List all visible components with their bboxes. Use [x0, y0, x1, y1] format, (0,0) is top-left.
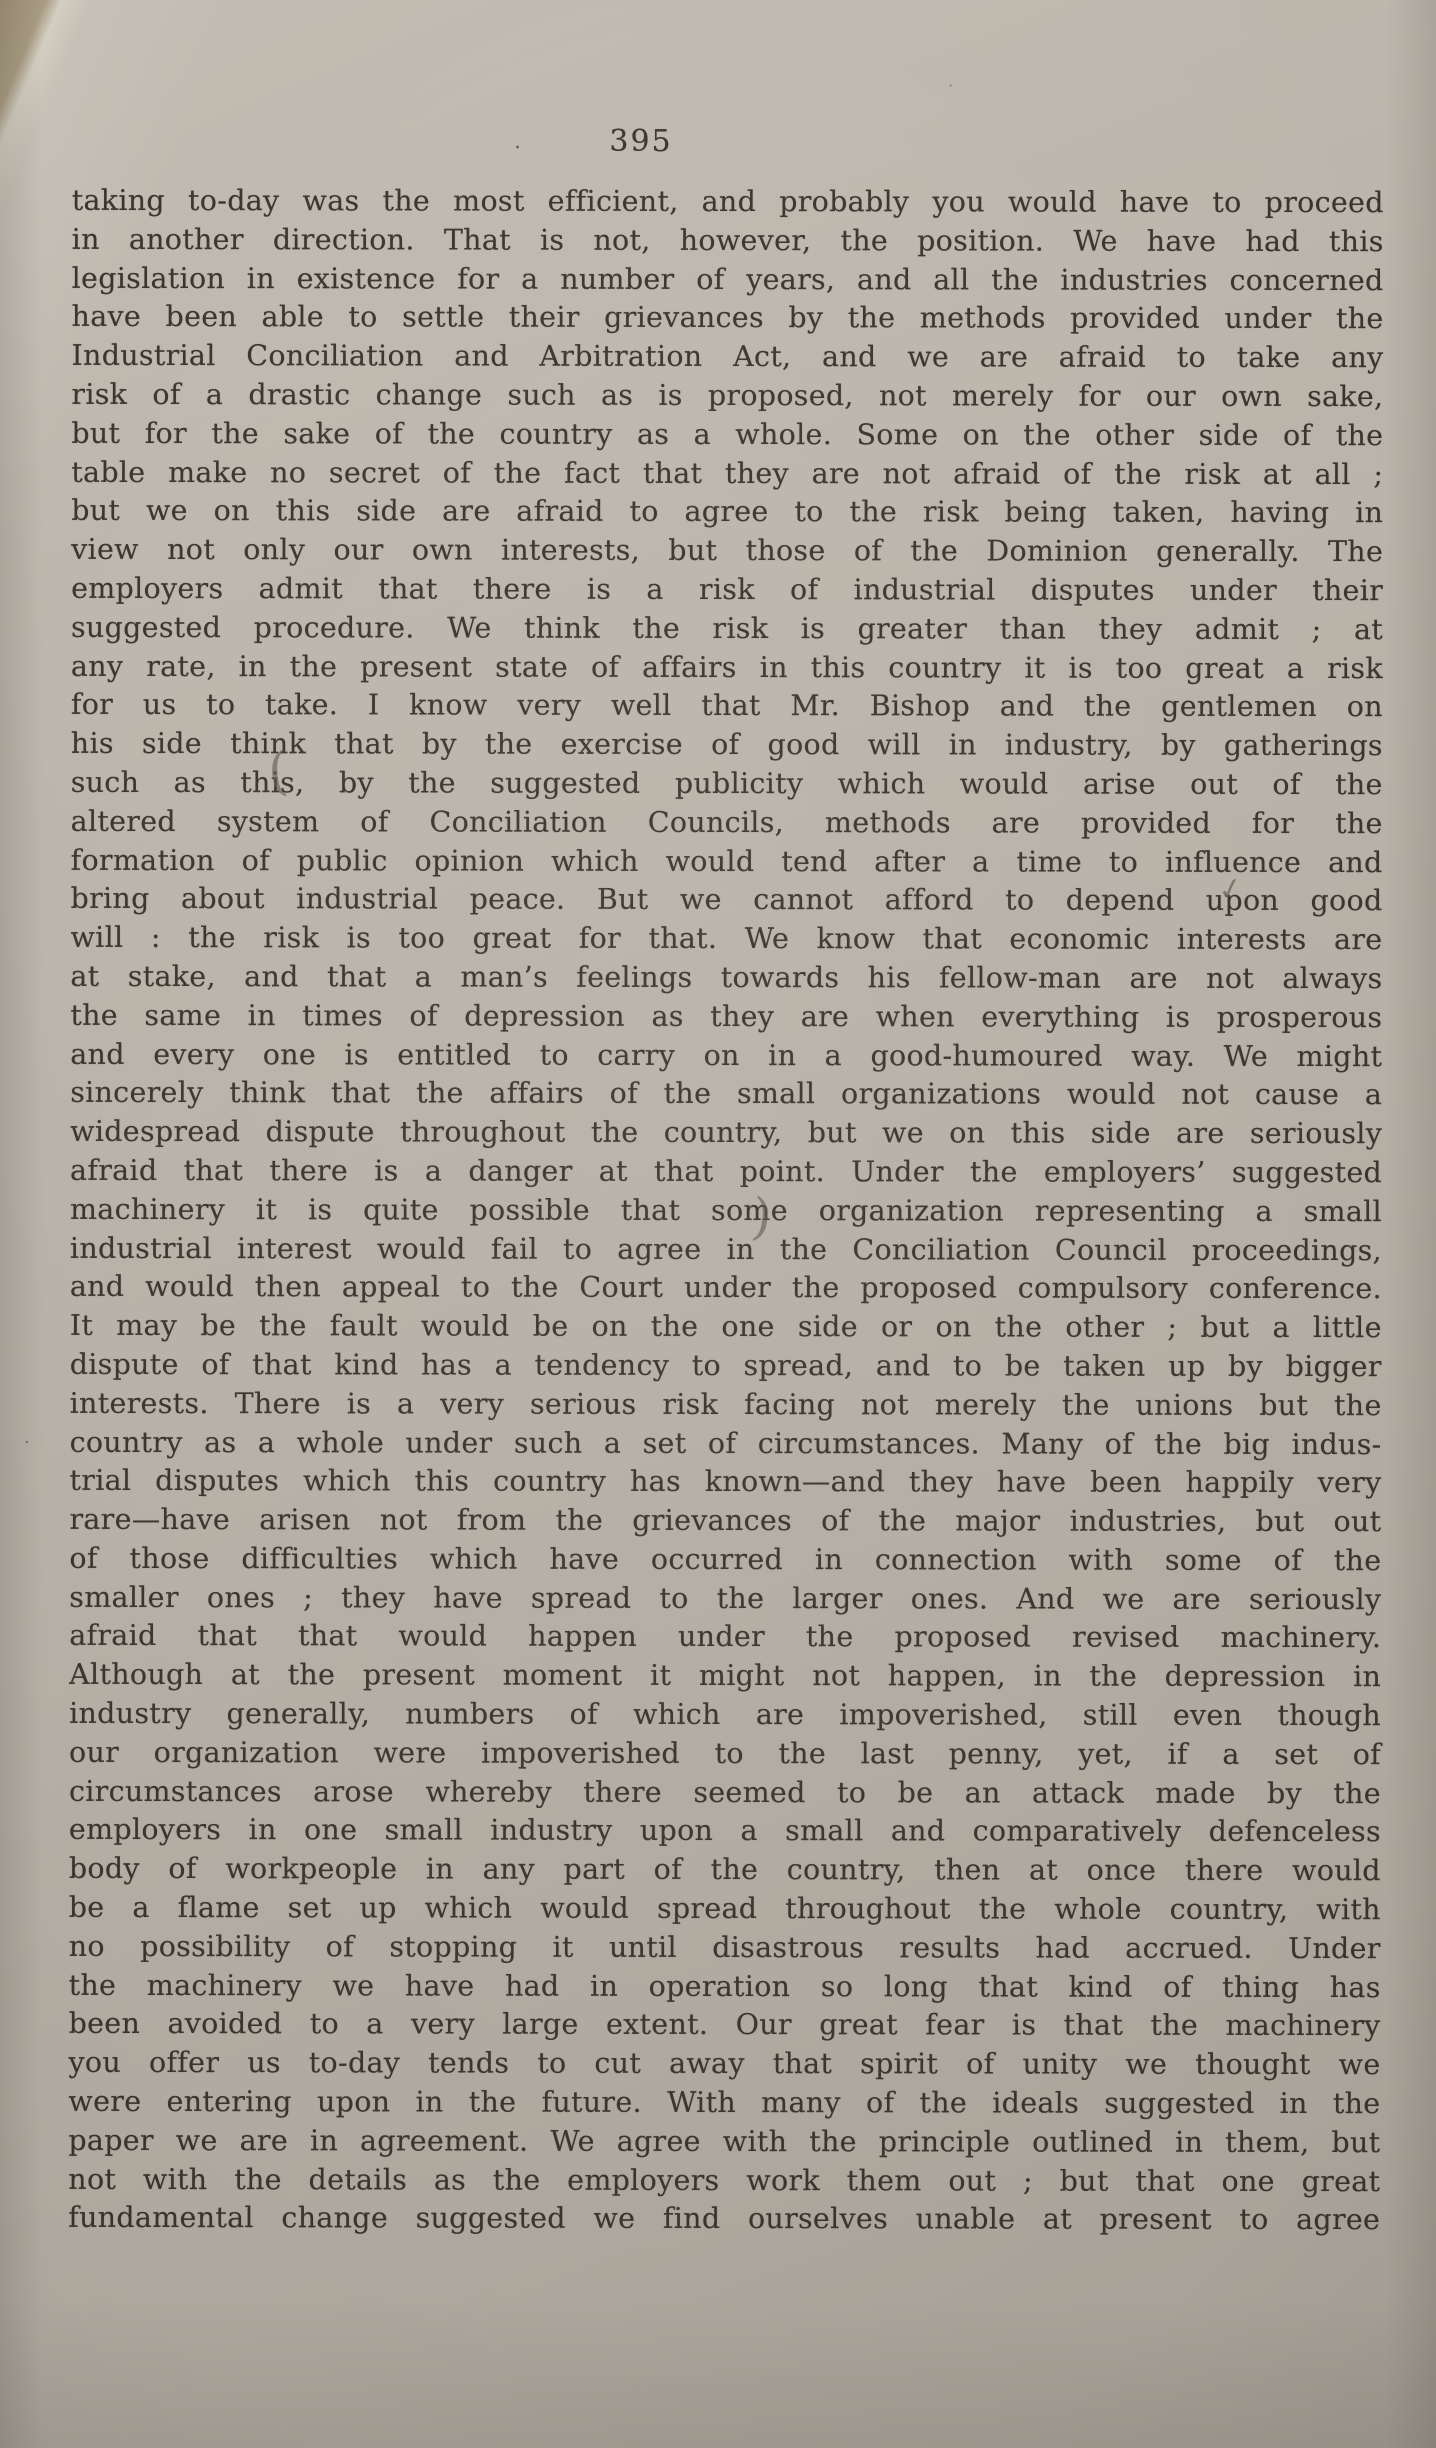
text-line: Industrial Conciliation and Arbitration … — [71, 337, 1383, 378]
text-line: rare—have arisen not from the grievances… — [69, 1501, 1381, 1542]
text-line: you offer us to-day tends to cut away th… — [68, 2044, 1380, 2085]
text-line: suggested procedure. We think the risk i… — [71, 609, 1383, 650]
ink-speck: · — [514, 136, 521, 161]
text-line: our organization were impoverished to th… — [69, 1734, 1381, 1775]
text-line: taking to-day was the most efficient, an… — [72, 182, 1384, 223]
text-line: and would then appeal to the Court under… — [70, 1268, 1382, 1309]
text-line: body of workpeople in any part of the co… — [69, 1850, 1381, 1891]
text-line: table make no secret of the fact that th… — [71, 453, 1383, 494]
text-line: machinery it is quite possible that some… — [70, 1191, 1382, 1232]
text-line: trial disputes which this country has kn… — [69, 1462, 1381, 1503]
text-line: risk of a drastic change such as is prop… — [71, 376, 1383, 417]
text-line: the same in times of depression as they … — [70, 997, 1382, 1038]
text-line: country as a whole under such a set of c… — [70, 1423, 1382, 1464]
pencil-speck: · — [944, 76, 956, 95]
text-line: formation of public opinion which would … — [71, 841, 1383, 882]
text-line: not with the details as the employers wo… — [68, 2160, 1380, 2201]
text-line: employers in one small industry upon a s… — [69, 1811, 1381, 1852]
text-block: taking to-day was the most efficient, an… — [68, 182, 1384, 2241]
text-line: in another direction. That is not, howev… — [72, 221, 1384, 262]
text-line: the machinery we have had in operation s… — [69, 1967, 1381, 2008]
text-line: view not only our own interests, but tho… — [71, 531, 1383, 572]
text-line: paper we are in agreement. We agree with… — [68, 2122, 1380, 2163]
text-line: of those difficulties which have occurre… — [69, 1540, 1381, 1581]
page-number: 395 — [556, 124, 726, 159]
text-line: been avoided to a very large extent. Our… — [69, 2005, 1381, 2046]
text-line: fundamental change suggested we find our… — [68, 2199, 1380, 2240]
text-line: at stake, and that a man’s feelings towa… — [70, 958, 1382, 999]
text-line: be a flame set up which would spread thr… — [69, 1889, 1381, 1930]
text-line: will : the risk is too great for that. W… — [70, 919, 1382, 960]
text-line: sincerely think that the affairs of the … — [70, 1074, 1382, 1115]
scanned-page: · 395 · taking to-day was the most effic… — [0, 0, 1436, 2448]
text-line: circumstances arose whereby there seemed… — [69, 1773, 1381, 1814]
text-line: such as this, by the suggested publicity… — [71, 764, 1383, 805]
text-line: industrial interest would fail to agree … — [70, 1229, 1382, 1270]
text-line: bring about industrial peace. But we can… — [71, 880, 1383, 921]
text-line: and every one is entitled to carry on in… — [70, 1035, 1382, 1076]
text-line: widespread dispute throughout the countr… — [70, 1113, 1382, 1154]
text-line: afraid that that would happen under the … — [69, 1617, 1381, 1658]
text-line: his side think that by the exercise of g… — [71, 725, 1383, 766]
text-line: but we on this side are afraid to agree … — [71, 492, 1383, 533]
text-line: industry generally, numbers of which are… — [69, 1695, 1381, 1736]
text-line: no possibility of stopping it until disa… — [69, 1928, 1381, 1969]
text-line: any rate, in the present state of affair… — [71, 647, 1383, 688]
pencil-left-margin-mark: · — [24, 1432, 30, 1453]
text-line: dispute of that kind has a tendency to s… — [70, 1346, 1382, 1387]
text-line: employers admit that there is a risk of … — [71, 570, 1383, 611]
text-line: legislation in existence for a number of… — [72, 259, 1384, 300]
text-line: Although at the present moment it might … — [69, 1656, 1381, 1697]
text-line: altered system of Conciliation Councils,… — [71, 803, 1383, 844]
text-line: It may be the fault would be on the one … — [70, 1307, 1382, 1348]
text-line: afraid that there is a danger at that po… — [70, 1152, 1382, 1193]
text-line: were entering upon in the future. With m… — [68, 2083, 1380, 2124]
text-line: have been able to settle their grievance… — [72, 298, 1384, 339]
text-line: for us to take. I know very well that Mr… — [71, 686, 1383, 727]
text-line: but for the sake of the country as a who… — [71, 415, 1383, 456]
text-line: smaller ones ; they have spread to the l… — [69, 1579, 1381, 1620]
text-line: interests. There is a very serious risk … — [70, 1385, 1382, 1426]
